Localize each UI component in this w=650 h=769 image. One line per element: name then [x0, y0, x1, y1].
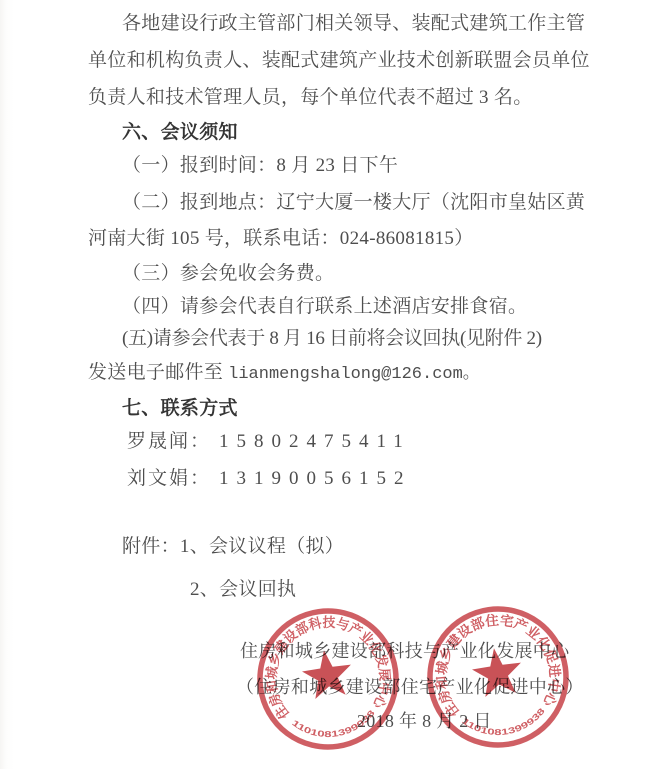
contact-row-liu: 刘文娟：13190056152	[127, 463, 412, 490]
heading-meeting-notes: 六、会议须知	[122, 117, 238, 144]
item-free-fee: （三）参会免收会务费。	[122, 258, 334, 285]
official-seal-left: 住房和城乡建设部科技与产业化发展中心 1101081399938	[253, 604, 403, 754]
scanned-document-page: 各地建设行政主管部门相关领导、装配式建筑工作主管 单位和机构负责人、装配式建筑产…	[0, 0, 650, 769]
seal-serial-number: 1101081399938	[459, 704, 549, 742]
contact-phone: 15802475411	[219, 431, 411, 452]
attendees-line-2: 单位和机构负责人、装配式建筑产业技术创新联盟会员单位	[88, 45, 590, 72]
item-checkin-location-2: 河南大街 105 号，联系电话：024-86081815）	[88, 223, 474, 250]
star-icon	[300, 647, 355, 700]
contact-name: 罗晟闻：	[127, 431, 211, 452]
reply-email-prefix: 发送电子邮件至	[88, 362, 228, 383]
contact-phone: 13190056152	[219, 468, 412, 489]
seal-serial-number: 1101081399938	[289, 706, 379, 744]
item-accommodation: （四）请参会代表自行联系上述酒店安排食宿。	[122, 291, 527, 318]
star-icon	[470, 645, 525, 698]
attachment-line-2: 2、会议回执	[190, 574, 296, 601]
item-reply-deadline: (五)请参会代表于 8 月 16 日前将会议回执(见附件 2)	[122, 323, 542, 350]
attachment-line-1: 附件：1、会议议程（拟）	[122, 531, 344, 558]
item-checkin-time: （一）报到时间：8 月 23 日下午	[122, 150, 398, 177]
attendees-line-3: 负责人和技术管理人员，每个单位代表不超过 3 名。	[88, 82, 533, 109]
item-checkin-location-1: （二）报到地点：辽宁大厦一楼大厅（沈阳市皇姑区黄	[122, 187, 585, 214]
heading-contact-info: 七、联系方式	[122, 393, 238, 420]
official-seal-right: 住房和城乡建设部住宅产业化促进中心 1101081399938	[423, 602, 573, 752]
item-reply-email-line: 发送电子邮件至 lianmengshalong@126.com。	[88, 357, 480, 384]
attendees-line-1: 各地建设行政主管部门相关领导、装配式建筑工作主管	[122, 8, 585, 35]
contact-row-luo: 罗晟闻：15802475411	[127, 426, 411, 453]
reply-email-address: lianmengshalong@126.com。	[228, 365, 480, 384]
contact-name: 刘文娟：	[127, 468, 211, 489]
